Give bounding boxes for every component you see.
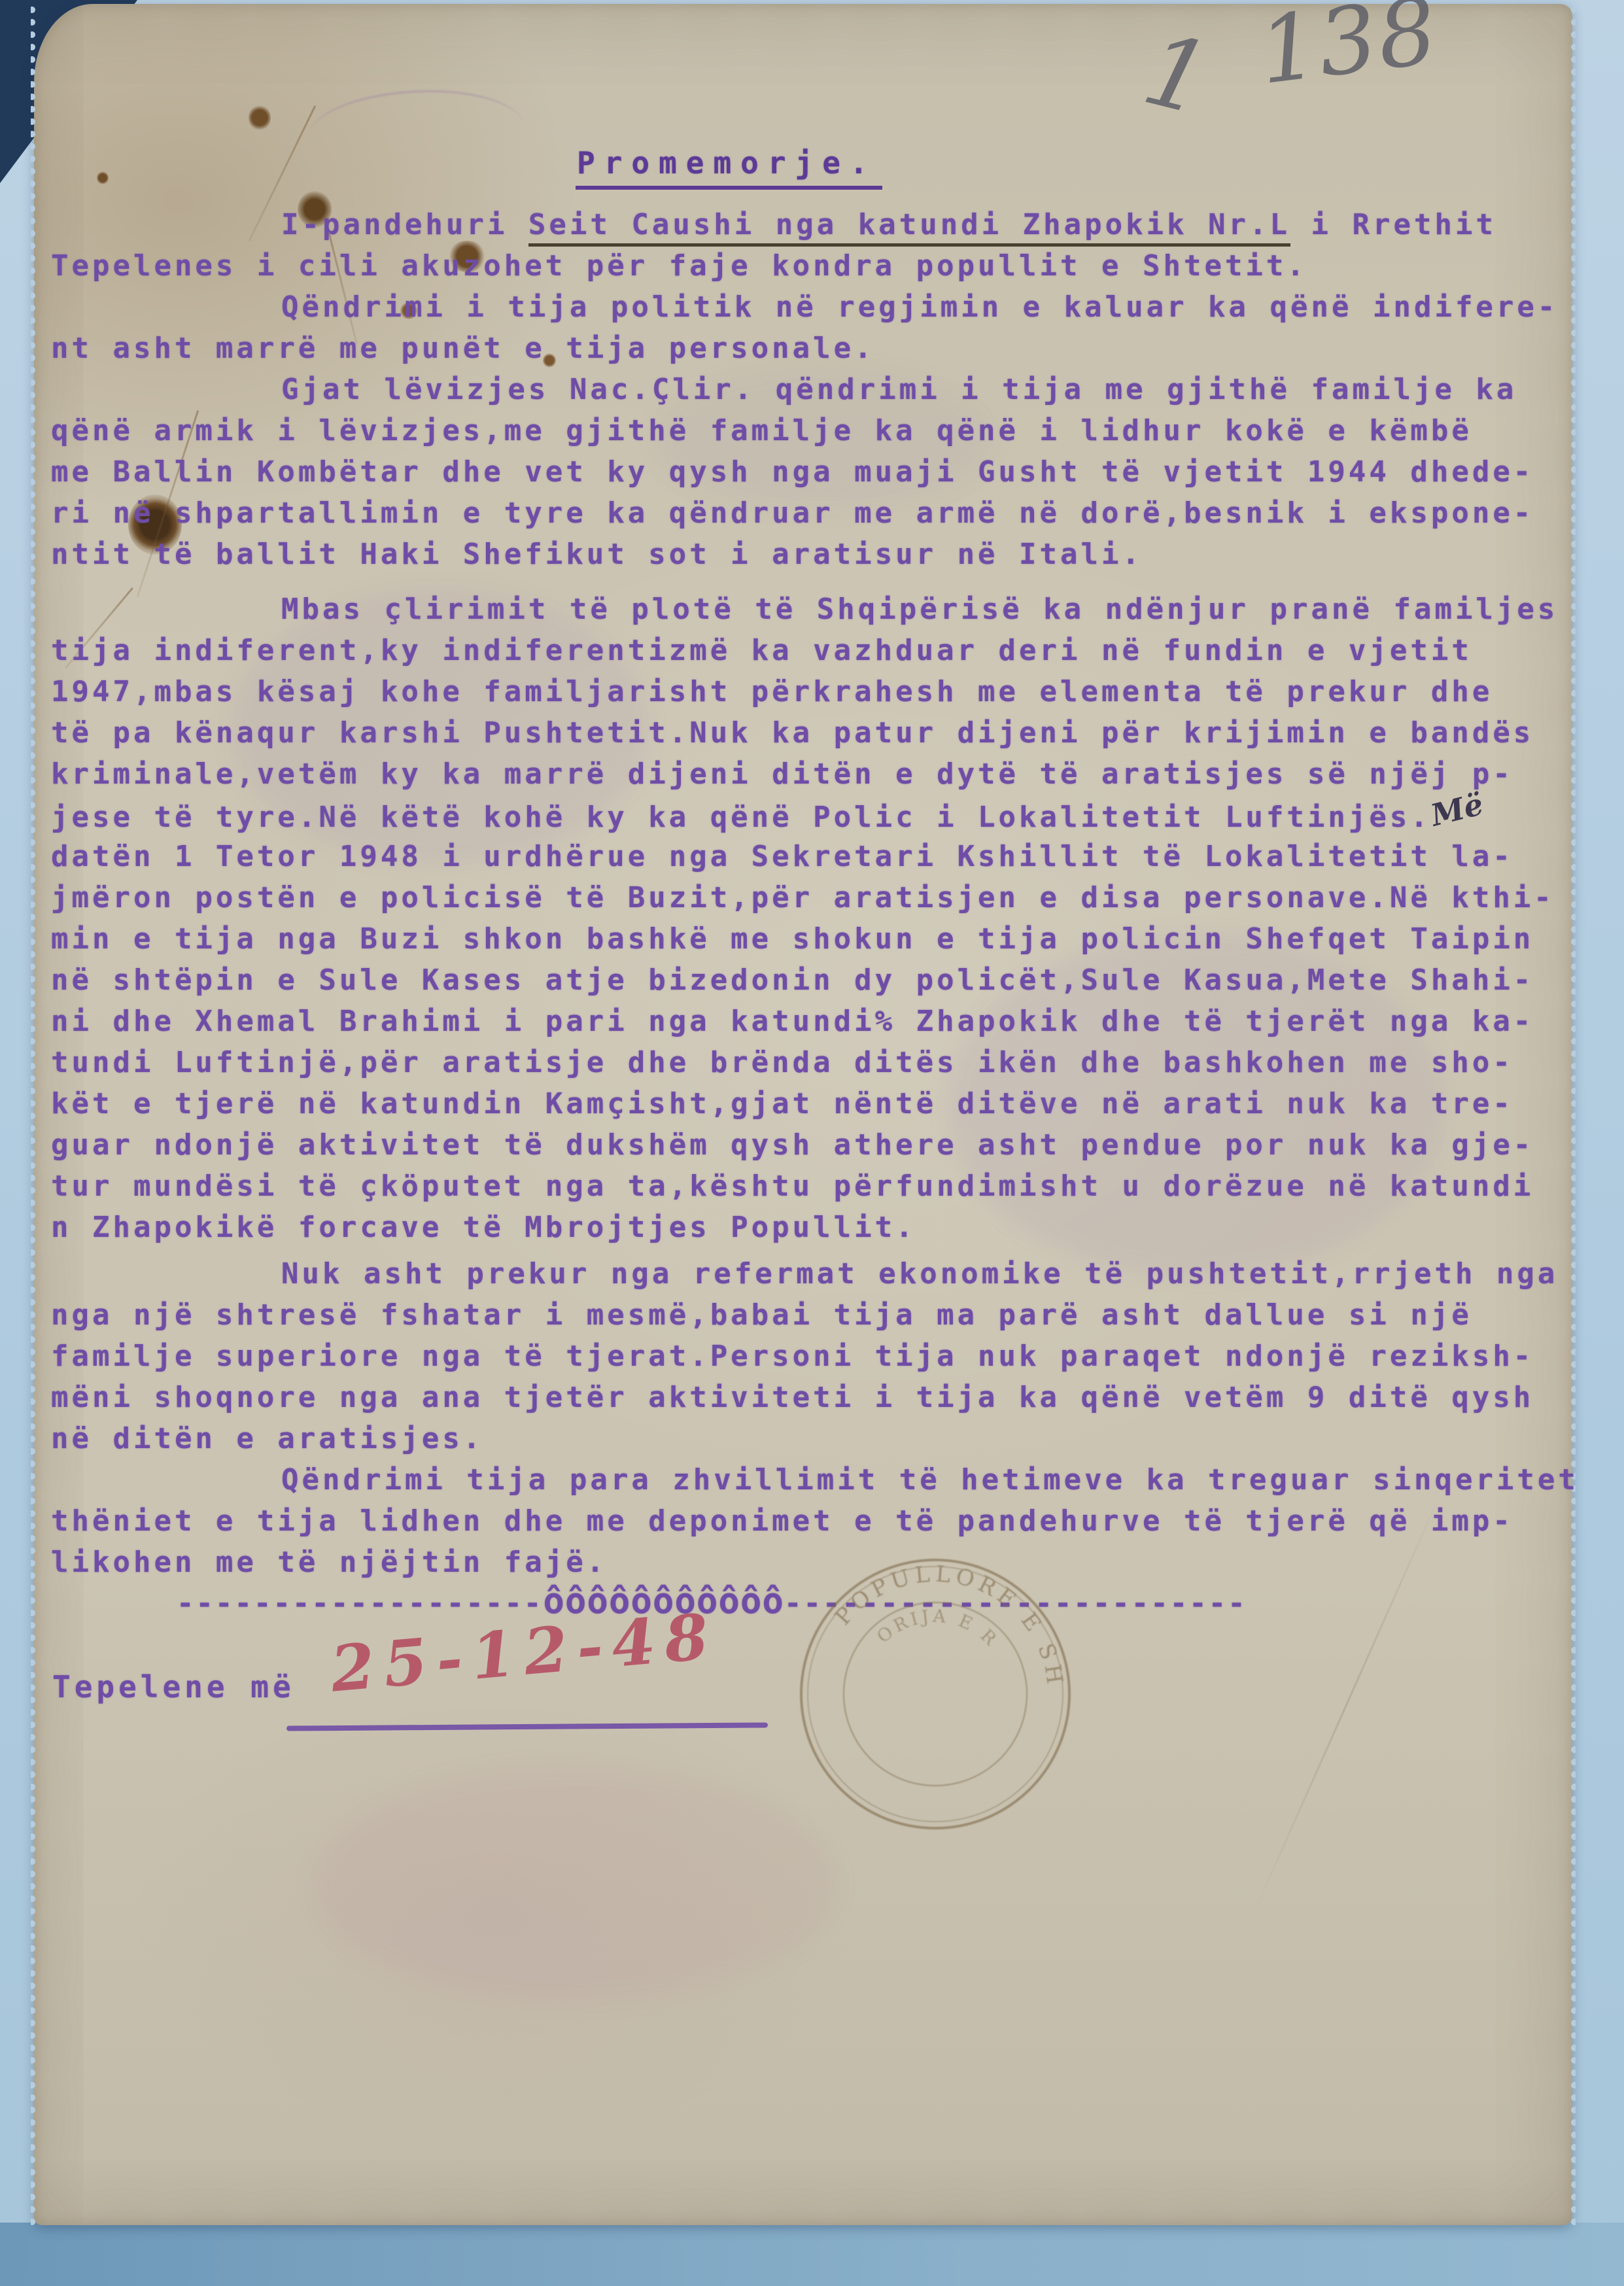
paper-stain — [249, 105, 271, 131]
typed-line: jese të tyre.Në këtë kohë ky ka qënë Pol… — [51, 799, 1581, 840]
typed-line: 1947,mbas kësaj kohe familjarisht përkra… — [51, 675, 1581, 716]
line-pre: I-pandehuri — [281, 208, 528, 241]
line-post: i Rrethit — [1290, 208, 1496, 241]
typed-line: familje superiore nga të tjerat.Personi … — [51, 1340, 1581, 1381]
typed-line: ri në shpartallimin e tyre ka qëndruar m… — [51, 496, 1581, 538]
typed-line: tur mundësi të çköputet nga ta,kështu pë… — [51, 1169, 1581, 1211]
typed-line: nt asht marrë me punët e tija personale. — [51, 332, 1581, 373]
typed-line: me Ballin Kombëtar dhe vet ky qysh nga m… — [51, 455, 1581, 496]
typed-line: Gjat lëvizjes Nac.Çlir. qëndrimi i tija … — [51, 373, 1581, 414]
typed-line: tundi Luftinjë,për aratisje dhe brënda d… — [51, 1046, 1581, 1087]
typewritten-body: I-pandehuri Seit Caushi nga katundi Zhap… — [51, 208, 1581, 1587]
typed-line: Nuk asht prekur nga refermat ekonomike t… — [51, 1257, 1581, 1298]
typed-line: Mbas çlirimit të plotë të Shqipërisë ka … — [51, 593, 1581, 634]
typed-line: mëni shoqnore nga ana tjetër aktiviteti … — [51, 1381, 1581, 1422]
typed-line: I-pandehuri Seit Caushi nga katundi Zhap… — [51, 208, 1581, 249]
typed-line: min e tija nga Buzi shkon bashkë me shok… — [51, 922, 1581, 963]
typed-line: qënë armik i lëvizjes,me gjithë familje … — [51, 414, 1581, 455]
separator-dashes-left: ------------------- — [177, 1587, 543, 1620]
official-stamp: POPULLORE E SH ORIJA E R — [758, 1517, 1113, 1871]
typed-line: në shtëpin e Sule Kases atje bizedonin d… — [51, 963, 1581, 1005]
paper-stain — [97, 171, 109, 184]
typed-line: të pa kënaqur karshi Pushtetit.Nuk ka pa… — [51, 716, 1581, 757]
backing-bottom-band — [0, 2223, 1624, 2286]
defendant-name: Seit Caushi nga katundi Zhapokik Nr.L — [528, 208, 1290, 247]
typed-line: tija indiferent,ky indiferentizmë ka vaz… — [51, 634, 1581, 675]
place-label: Tepelene më — [52, 1669, 295, 1705]
typed-line: datën 1 Tetor 1948 i urdhërue nga Sekret… — [51, 840, 1581, 881]
typed-line: Qëndrimi tija para zhvillimit të hetimev… — [51, 1463, 1581, 1504]
svg-text:ORIJA E R: ORIJA E R — [871, 1597, 1005, 1663]
typed-line: nga një shtresë fshatar i mesmë,babai ti… — [51, 1298, 1581, 1340]
typed-line: guar ndonjë aktivitet të dukshëm qysh at… — [51, 1128, 1581, 1169]
stamp-arc-text-inner: ORIJA E R — [871, 1597, 1005, 1663]
typed-line: në ditën e aratisjes. — [51, 1422, 1581, 1463]
document-title: Promemorje. — [576, 145, 882, 190]
typed-line: Tepelenes i cili akuzohet për faje kondr… — [51, 249, 1581, 290]
typed-line: Qëndrimi i tija politik në regjimin e ka… — [51, 290, 1581, 332]
typed-line: ntit të ballit Haki Shefikut sot i arati… — [51, 538, 1581, 579]
typed-line: jmëron postën e policisë të Buzit,për ar… — [51, 881, 1581, 922]
ink-smudge — [314, 1766, 837, 2001]
typed-line: n Zhapokikë forcave të Mbrojtjes Populli… — [51, 1211, 1581, 1252]
line-text: jese të tyre.Në këtë kohë ky ka qënë Pol… — [51, 801, 1431, 834]
typed-line: kët e tjerë në katundin Kamçisht,gjat në… — [51, 1087, 1581, 1128]
typed-line: ni dhe Xhemal Brahimi i pari nga katundi… — [51, 1005, 1581, 1046]
scanned-document-photo: 1 138 Promemorje. I-pandehuri Seit Caush… — [0, 0, 1624, 2286]
typed-line: kriminale,vetëm ky ka marrë dijeni ditën… — [51, 757, 1581, 799]
